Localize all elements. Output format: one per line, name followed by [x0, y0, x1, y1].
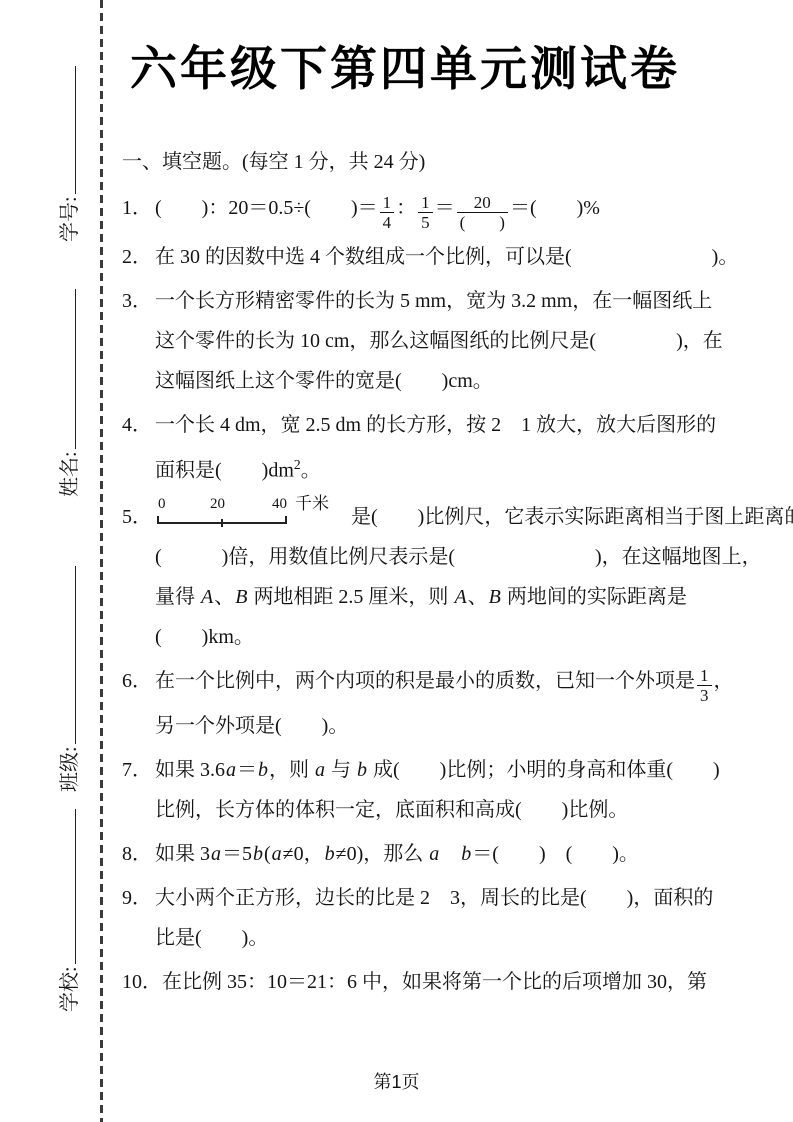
name-blank-line — [55, 289, 76, 449]
binding-dashed-line — [100, 0, 103, 1122]
question-line: 这幅图纸上这个零件的宽是( )cm。 — [155, 361, 688, 401]
question-line: 另一个外项是( )。 — [155, 706, 688, 746]
question-text: ≠0)，那么 — [336, 843, 429, 865]
question-text: 、 — [468, 586, 488, 608]
question-line: 7．如果 3.6a＝b，则 a 与 b 成( )比例；小明的身高和体重( ) — [122, 750, 688, 790]
math-variable: a — [225, 759, 237, 781]
question-line: 量得 A、B 两地相距 2.5 厘米，则 A、B 两地间的实际距离是 — [155, 577, 688, 617]
question-line: 这个零件的长为 10 cm，那么这幅图纸的比例尺是( )，在 — [155, 321, 688, 361]
school-label: 学校: — [56, 966, 84, 1012]
question-text: ( )倍，用数值比例尺表示是( )，在这幅地图上， — [155, 546, 762, 568]
question-text: 另一个外项是( )。 — [155, 715, 348, 737]
question-text: ＝ — [435, 197, 455, 219]
question-text: 这幅图纸上这个零件的宽是( )cm。 — [155, 370, 493, 392]
question-text: 在一个比例中，两个内项的积是最小的质数，已知一个外项是 — [155, 670, 695, 692]
scale-ruler-graphic: 02040千米 — [155, 495, 347, 533]
question-text: ( )：20＝0.5÷( )＝ — [155, 197, 378, 219]
question-8: 8．如果 3a＝5b(a≠0，b≠0)，那么 a b＝( ) ( )。 — [122, 834, 688, 874]
question-text: ， — [714, 670, 734, 692]
scale-ruler-tick — [285, 516, 287, 524]
question-line: 8．如果 3a＝5b(a≠0，b≠0)，那么 a b＝( ) ( )。 — [122, 834, 688, 874]
school-blank-line — [55, 809, 76, 964]
question-text: 面积是( )dm — [155, 460, 294, 482]
question-text: 这个零件的长为 10 cm，那么这幅图纸的比例尺是( )，在 — [155, 330, 723, 352]
math-variable: A — [453, 586, 467, 608]
question-text: 与 — [326, 759, 356, 781]
question-text: 两地间的实际距离是 — [502, 586, 687, 608]
question-line: 6．在一个比例中，两个内项的积是最小的质数，已知一个外项是13， — [122, 661, 688, 706]
question-number: 7． — [122, 750, 155, 790]
question-text: 量得 — [155, 586, 200, 608]
question-line: 4．一个长 4 dm，宽 2.5 dm 的长方形，按 2 1 放大，放大后图形的 — [122, 405, 688, 445]
superscript: 2 — [294, 457, 301, 472]
question-text: ≠0， — [283, 843, 324, 865]
math-variable: b — [324, 843, 336, 865]
fraction-denominator: 4 — [380, 213, 395, 233]
paper-content: 六年级下第四单元测试卷 一、填空题。(每空 1 分，共 24 分) 1．( )：… — [122, 0, 688, 1006]
question-10: 10．在比例 35：10＝21：6 中，如果将第一个比的后项增加 30，第 — [122, 962, 688, 1002]
question-number: 4． — [122, 405, 155, 445]
name-label: 姓名: — [56, 451, 84, 497]
question-line: 10．在比例 35：10＝21：6 中，如果将第一个比的后项增加 30，第 — [122, 962, 688, 1002]
name-field: 姓名: — [55, 289, 83, 497]
question-text: 在比例 35：10＝21：6 中，如果将第一个比的后项增加 30，第 — [162, 971, 707, 993]
question-7: 7．如果 3.6a＝b，则 a 与 b 成( )比例；小明的身高和体重( )比例… — [122, 750, 688, 830]
scale-ruler-label: 40 — [272, 495, 287, 513]
class-field: 班级: — [55, 566, 83, 792]
question-text: ，则 — [269, 759, 314, 781]
question-line: 3．一个长方形精密零件的长为 5 mm，宽为 3.2 mm，在一幅图纸上 — [122, 281, 688, 321]
question-text: ＝( ) ( )。 — [472, 843, 639, 865]
question-line: 2．在 30 的因数中选 4 个数组成一个比例，可以是( )。 — [122, 237, 688, 277]
question-text: 如果 3 — [155, 843, 210, 865]
question-text: 。 — [301, 460, 321, 482]
question-number: 5． — [122, 497, 155, 537]
math-variable: B — [488, 586, 502, 608]
fraction: 13 — [697, 666, 712, 706]
math-variable: b — [356, 759, 368, 781]
school-field: 学校: — [55, 809, 83, 1012]
scale-ruler-tick — [157, 516, 159, 524]
scale-ruler-unit: 千米 — [295, 495, 329, 513]
question-text: 一个长 4 dm，宽 2.5 dm 的长方形，按 2 1 放大，放大后图形的 — [155, 414, 716, 436]
question-text: 大小两个正方形，边长的比是 2 3，周长的比是( )，面积的 — [155, 887, 713, 909]
question-line: 比例，长方体的体积一定，底面积和高成( )比例。 — [155, 790, 688, 830]
fraction-numerator: 1 — [697, 666, 712, 687]
class-blank-line — [55, 566, 76, 744]
math-variable: a — [210, 843, 222, 865]
question-text: 一个长方形精密零件的长为 5 mm，宽为 3.2 mm，在一幅图纸上 — [155, 290, 712, 312]
question-number: 6． — [122, 661, 155, 701]
question-6: 6．在一个比例中，两个内项的积是最小的质数，已知一个外项是13，另一个外项是( … — [122, 661, 688, 746]
question-text: ＝ — [237, 759, 257, 781]
math-variable: b — [257, 759, 269, 781]
math-variable: a — [314, 759, 326, 781]
question-number: 8． — [122, 834, 155, 874]
question-line: 面积是( )dm2。 — [155, 445, 688, 491]
question-text: 比是( )。 — [155, 927, 268, 949]
math-variable: b — [252, 843, 264, 865]
question-line: 9．大小两个正方形，边长的比是 2 3，周长的比是( )，面积的 — [122, 878, 688, 918]
question-line: ( )km。 — [155, 617, 688, 657]
question-number: 1． — [122, 188, 155, 228]
section-heading: 一、填空题。(每空 1 分，共 24 分) — [122, 148, 688, 176]
question-text: 两地相距 2.5 厘米，则 — [248, 586, 453, 608]
question-text: ( — [264, 843, 271, 865]
question-text: 成( )比例；小明的身高和体重( ) — [368, 759, 720, 781]
question-2: 2．在 30 的因数中选 4 个数组成一个比例，可以是( )。 — [122, 237, 688, 277]
scale-ruler-label: 0 — [158, 495, 166, 513]
page-number: 第1页 — [0, 1068, 793, 1094]
math-variable: A — [200, 586, 214, 608]
question-text: 、 — [214, 586, 234, 608]
fraction-denominator: 5 — [418, 213, 433, 233]
fraction: 15 — [418, 193, 433, 233]
math-variable: a — [271, 843, 283, 865]
question-number: 3． — [122, 281, 155, 321]
question-number: 9． — [122, 878, 155, 918]
question-text: 在 30 的因数中选 4 个数组成一个比例，可以是( )。 — [155, 246, 738, 268]
math-variable: B — [234, 586, 248, 608]
student-id-blank-line — [55, 66, 76, 194]
fraction-denominator: ( ) — [457, 213, 508, 233]
paper-title: 六年级下第四单元测试卷 — [122, 40, 688, 98]
fraction: 20( ) — [457, 193, 508, 233]
question-text: 是( )比例尺，它表示实际距离相当于图上距离的 — [351, 506, 793, 528]
question-line: 5．02040千米是( )比例尺，它表示实际距离相当于图上距离的 — [122, 495, 688, 537]
scale-ruler-tick — [221, 519, 223, 527]
questions-list: 1．( )：20＝0.5÷( )＝14：15＝20( )＝( )%2．在 30 … — [122, 188, 688, 1002]
scale-ruler-label: 20 — [210, 495, 225, 513]
question-text — [440, 843, 460, 865]
fraction: 14 — [380, 193, 395, 233]
question-text: 比例，长方体的体积一定，底面积和高成( )比例。 — [155, 799, 628, 821]
question-number: 10． — [122, 962, 162, 1002]
question-9: 9．大小两个正方形，边长的比是 2 3，周长的比是( )，面积的比是( )。 — [122, 878, 688, 958]
question-line: ( )倍，用数值比例尺表示是( )，在这幅地图上， — [155, 537, 688, 577]
question-text: ： — [396, 197, 416, 219]
question-text: ＝5 — [222, 843, 252, 865]
question-text: 如果 3.6 — [155, 759, 225, 781]
question-number: 2． — [122, 237, 155, 277]
fraction-numerator: 1 — [380, 193, 395, 214]
fraction-denominator: 3 — [697, 686, 712, 706]
question-text: ＝( )% — [510, 197, 600, 219]
fraction-numerator: 1 — [418, 193, 433, 214]
fraction-numerator: 20 — [457, 193, 508, 214]
question-4: 4．一个长 4 dm，宽 2.5 dm 的长方形，按 2 1 放大，放大后图形的… — [122, 405, 688, 491]
question-line: 比是( )。 — [155, 918, 688, 958]
question-text: ( )km。 — [155, 626, 254, 648]
class-label: 班级: — [56, 746, 84, 792]
question-line: 1．( )：20＝0.5÷( )＝14：15＝20( )＝( )% — [122, 188, 688, 233]
math-variable: a — [428, 843, 440, 865]
question-5: 5．02040千米是( )比例尺，它表示实际距离相当于图上距离的( )倍，用数值… — [122, 495, 688, 657]
student-id-field: 学号: — [55, 66, 83, 242]
math-variable: b — [460, 843, 472, 865]
student-id-label: 学号: — [56, 196, 84, 242]
question-1: 1．( )：20＝0.5÷( )＝14：15＝20( )＝( )% — [122, 188, 688, 233]
question-3: 3．一个长方形精密零件的长为 5 mm，宽为 3.2 mm，在一幅图纸上这个零件… — [122, 281, 688, 401]
